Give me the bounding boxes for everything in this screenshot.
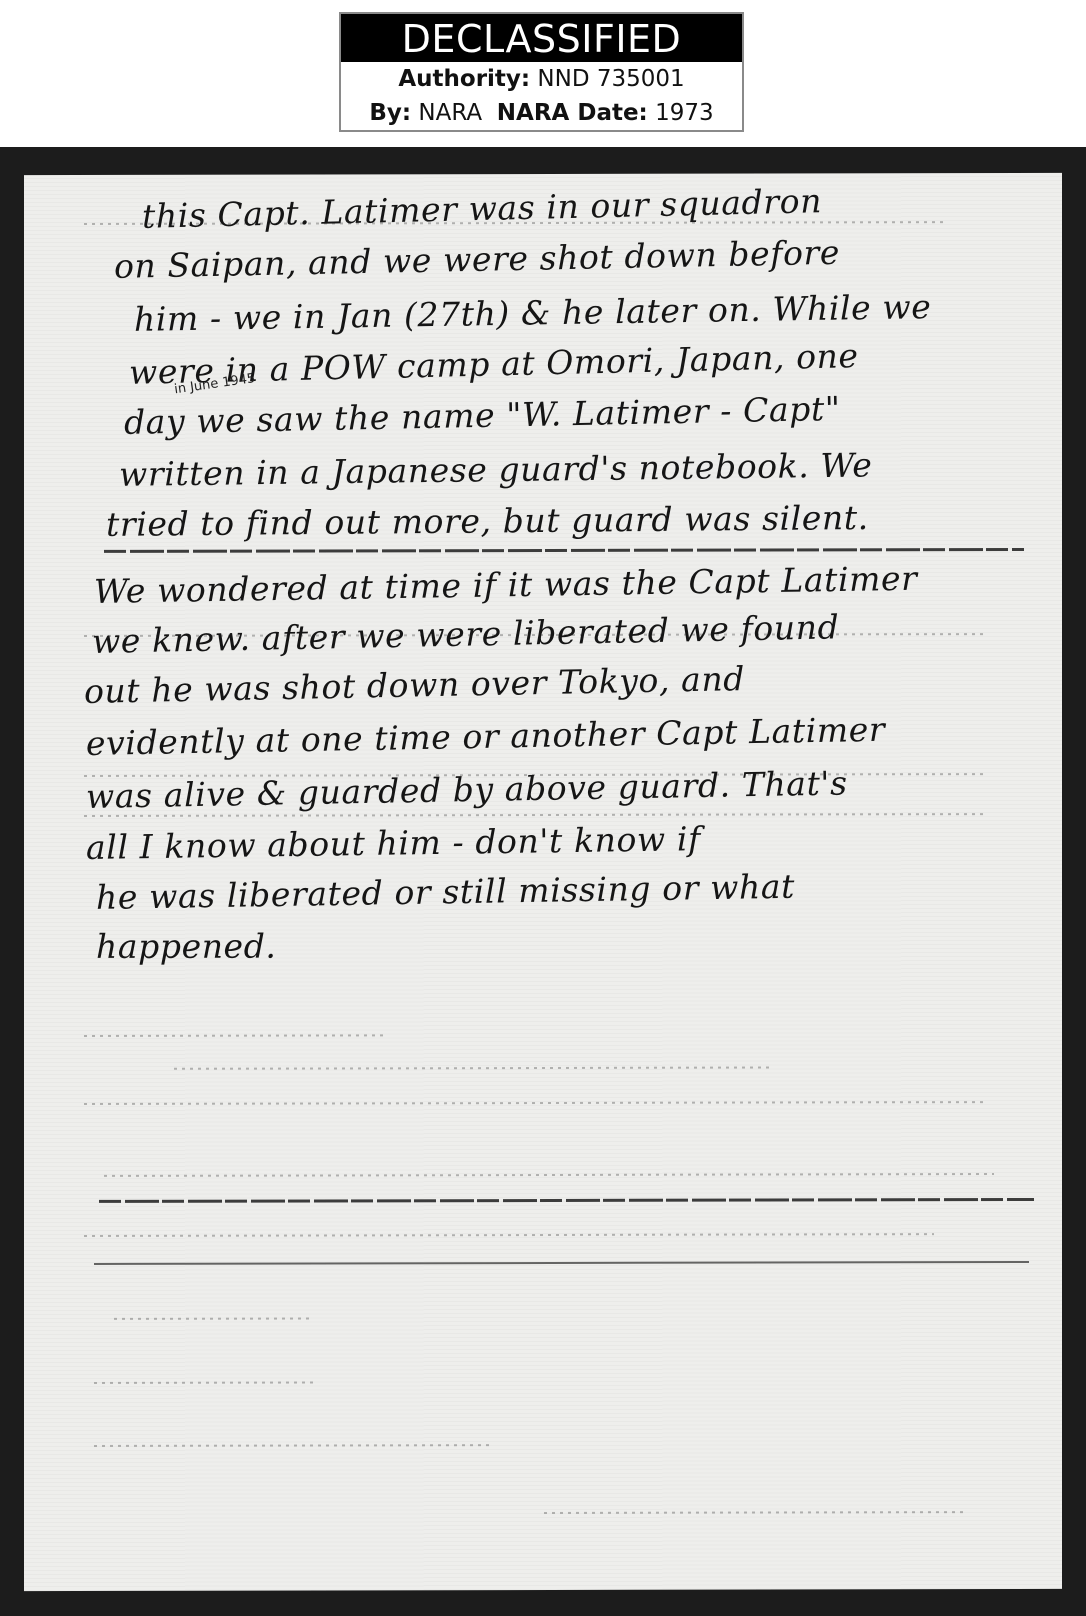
stamp-title: DECLASSIFIED	[341, 14, 742, 62]
form-line	[94, 1444, 494, 1447]
form-line	[544, 1511, 964, 1514]
text-line: out he was shot down over Tokyo, and	[84, 659, 746, 711]
scan-frame: this Capt. Latimer was in our squadron o…	[0, 147, 1086, 1616]
date-label: NARA Date:	[497, 100, 648, 126]
form-line	[94, 1381, 314, 1383]
text-line: was alive & guarded by above guard. That…	[86, 763, 848, 816]
text-line: happened.	[96, 927, 277, 966]
text-line: we knew. after we were liberated we foun…	[92, 607, 840, 661]
text-line: on Saipan, and we were shot down before	[114, 233, 841, 286]
by-value: NARA	[418, 100, 482, 126]
divider-rule	[99, 1198, 1034, 1203]
text-line: him - we in Jan (27th) & he later on. Wh…	[134, 287, 932, 339]
form-line	[114, 1317, 314, 1319]
text-line: all I know about him - don't know if	[86, 819, 701, 867]
authority-value: NND 735001	[537, 66, 684, 92]
by-label: By:	[369, 100, 411, 126]
text-line: day we saw the name "W. Latimer - Capt"	[124, 389, 841, 442]
text-line: written in a Japanese guard's notebook. …	[119, 445, 873, 493]
text-line: this Capt. Latimer was in our squadron	[142, 181, 823, 236]
divider-rule	[104, 548, 1024, 553]
stamp-by-line: By: NARA NARA Date: 1973	[341, 96, 742, 130]
form-line	[84, 1034, 384, 1037]
text-line: evidently at one time or another Capt La…	[86, 710, 886, 763]
handwritten-text: this Capt. Latimer was in our squadron o…	[24, 173, 1062, 175]
form-line	[104, 1173, 994, 1177]
stamp-authority-line: Authority: NND 735001	[341, 62, 742, 96]
text-line: We wondered at time if it was the Capt L…	[94, 559, 918, 611]
date-value: 1973	[655, 100, 714, 126]
handwritten-page: this Capt. Latimer was in our squadron o…	[24, 173, 1062, 1591]
divider-rule	[94, 1261, 1029, 1265]
form-line	[84, 813, 984, 817]
text-line: tried to find out more, but guard was si…	[106, 498, 869, 544]
authority-label: Authority:	[398, 66, 530, 92]
form-line	[84, 1101, 984, 1105]
text-line: he was liberated or still missing or wha…	[96, 867, 796, 917]
form-line	[84, 1233, 934, 1237]
declassified-stamp: DECLASSIFIED Authority: NND 735001 By: N…	[339, 12, 744, 132]
form-line	[174, 1067, 774, 1070]
